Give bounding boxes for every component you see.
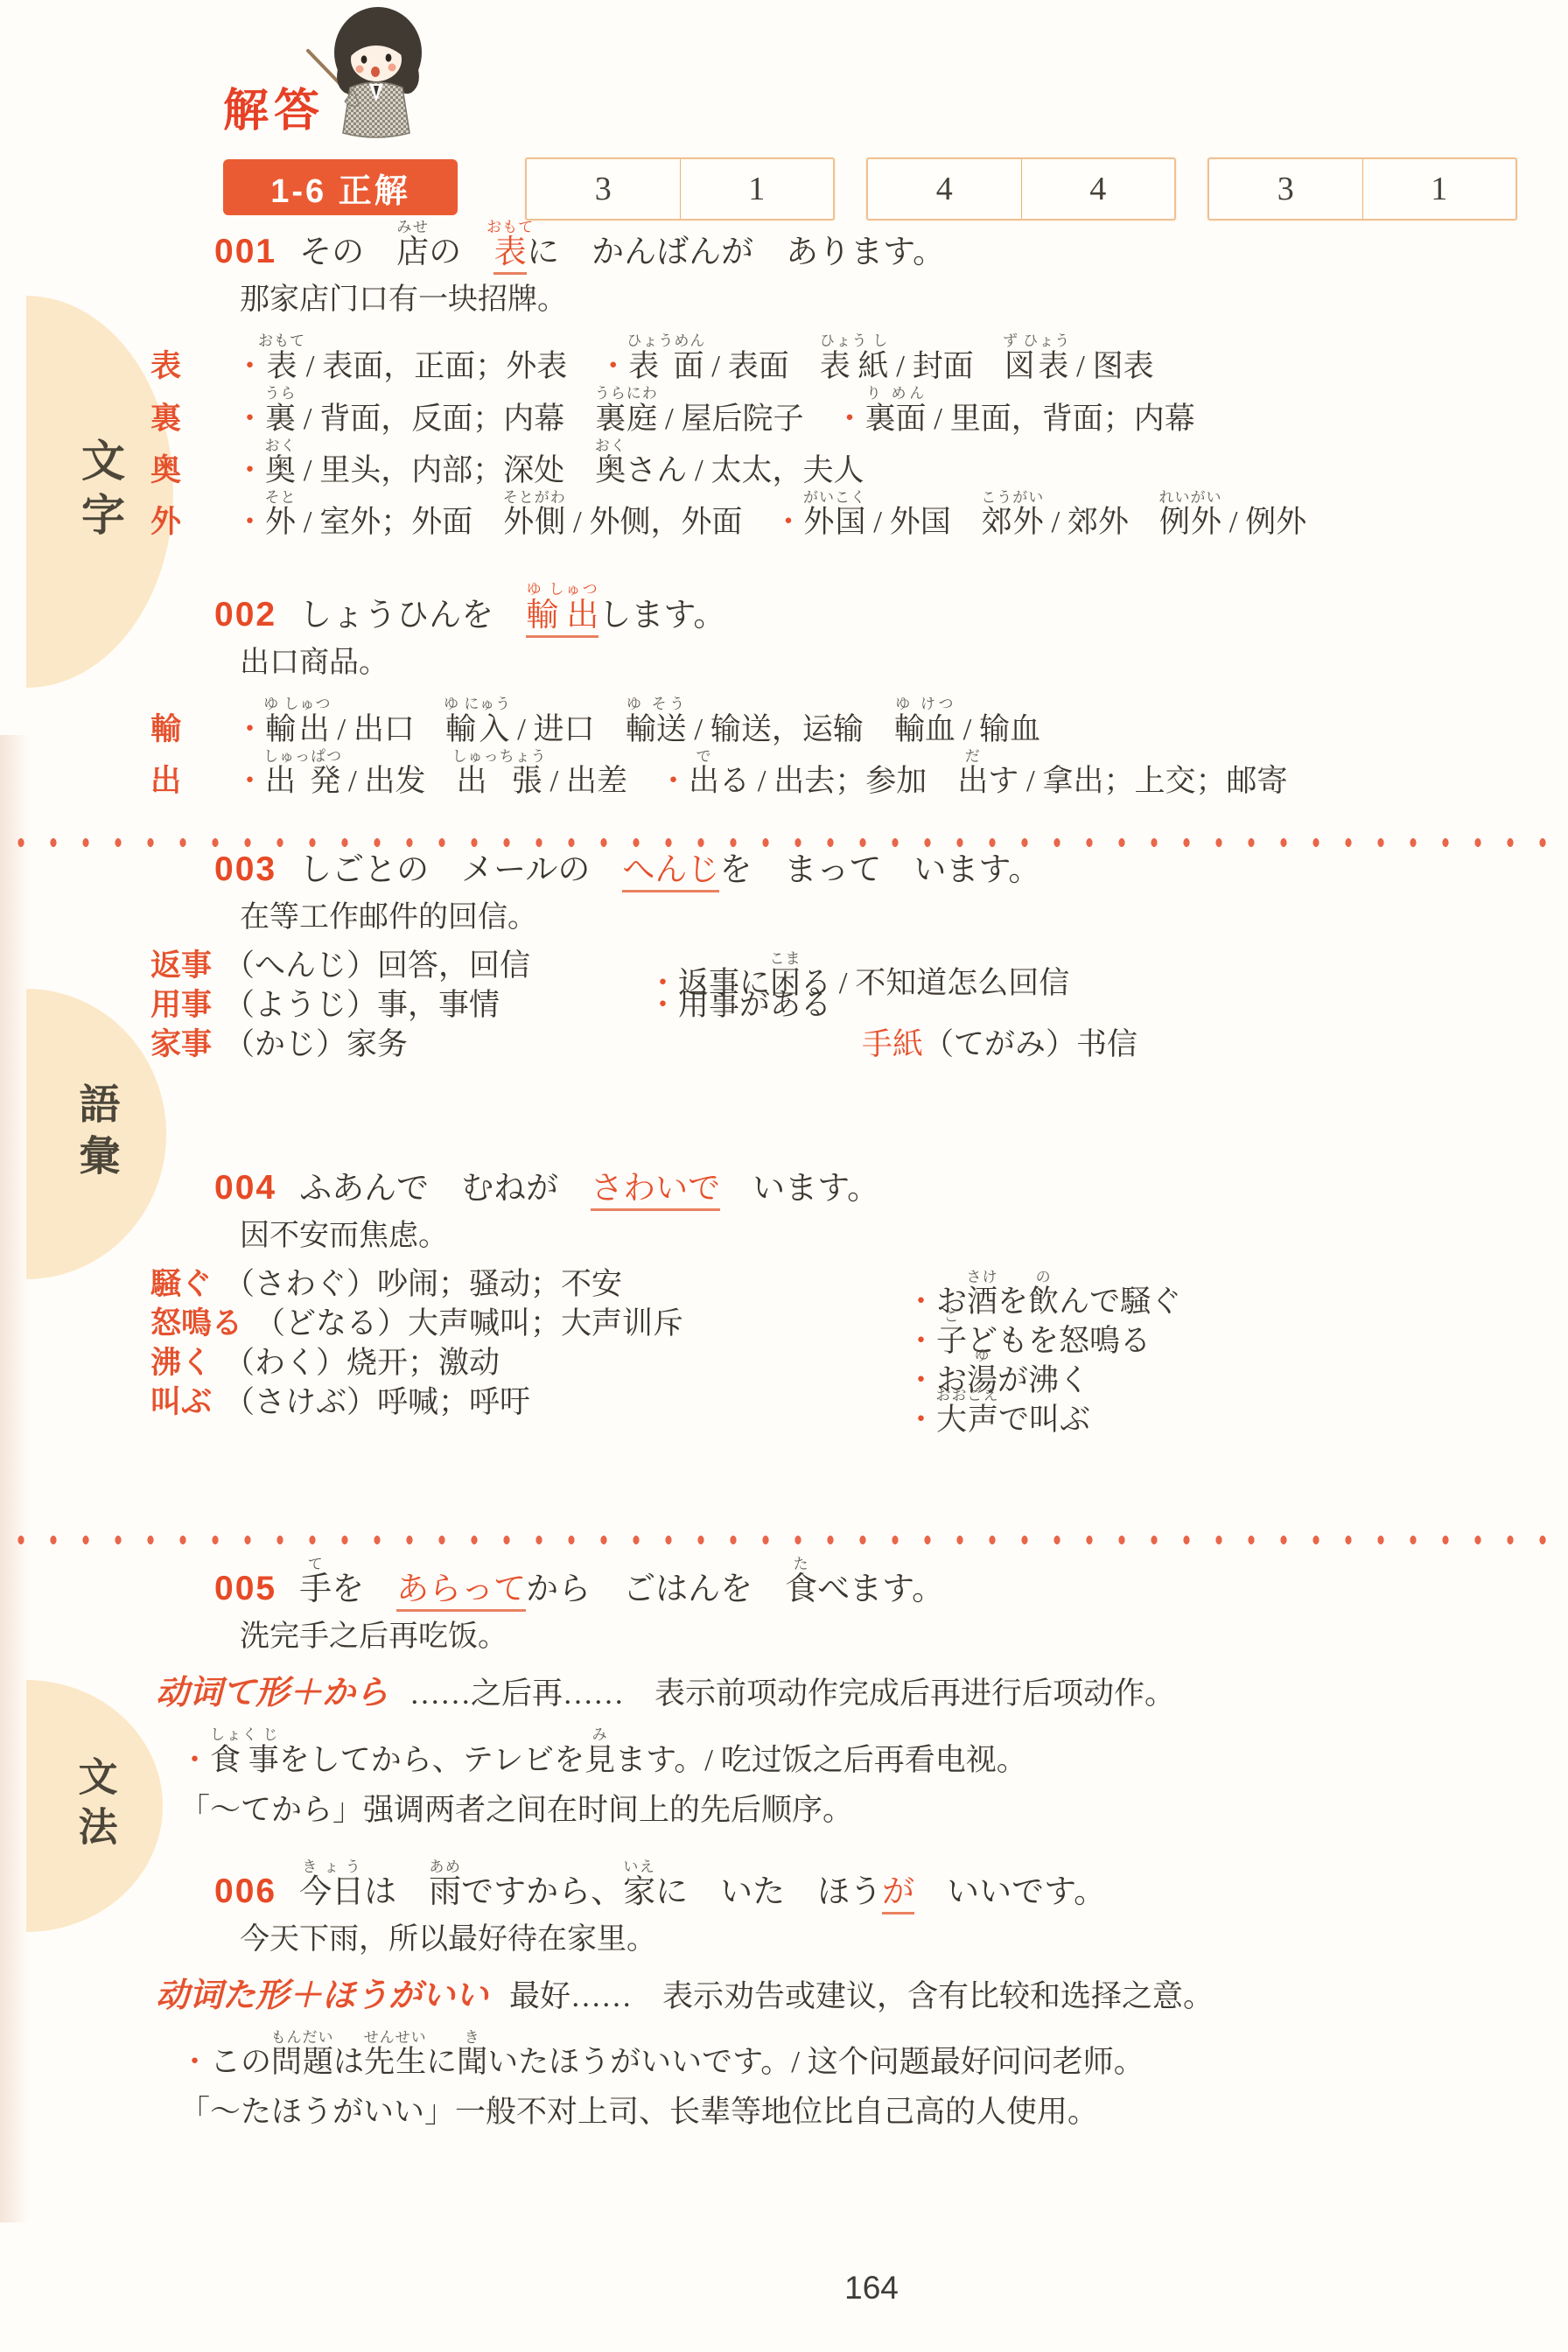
vocab-row: 奥・奥おく / 里头，内部；深处 奥おくさん / 太太，夫人 <box>0 437 1568 486</box>
vocab-headword: 返事 <box>150 948 212 983</box>
question-sentence: 006今日きょうは 雨あめですから、家いえに いた ほうが いいです。 <box>0 1858 1568 1912</box>
vocab-rows: 返事（へんじ）回答，回信・返事に困こまる / 不知道怎么回信用事（ようじ）事，事… <box>0 950 1568 1060</box>
vocab-definition: ・裏うら / 背面，反面；内幕 裏庭うらにわ / 屋后院子 ・裏面り めん / … <box>234 402 1195 436</box>
grammar-example: ・この問題もんだいは先生せんせいに聞きいたほうがいいです。/ 这个问题最好问问老… <box>0 2029 1568 2080</box>
question-sentence: 005手てを あらってから ごはんを 食たべます。 <box>0 1556 1568 1609</box>
vocab-headword: 外 <box>150 507 234 537</box>
grammar-example: 「～てから」强调两者之间在时间上的先后顺序。 <box>0 1793 1568 1828</box>
vocab-definition: （さわぐ）吵闹；骚动；不安 <box>224 1267 622 1301</box>
chinese-translation: 出口商品。 <box>240 646 1568 682</box>
vocab-row: 用事（ようじ）事，事情・用事がある <box>0 990 1568 1020</box>
section-005: 005手てを あらってから ごはんを 食たべます。洗完手之后再吃饭。动词て形＋か… <box>0 1556 1568 1828</box>
chinese-translation: 在等工作邮件的回信。 <box>240 900 1568 936</box>
vocab-row: 輸・輸出ゆ しゅつ / 出口 輸入ゆ にゅう / 进口 輸送ゆ そう / 输送，… <box>0 696 1568 745</box>
chinese-translation: 因不安而焦虑。 <box>240 1219 1568 1255</box>
vocab-definition: （わく）烧开；激动 <box>224 1346 500 1380</box>
question-number: 005 <box>214 1570 276 1607</box>
chinese-translation: 今天下雨，所以最好待在家里。 <box>240 1922 1568 1958</box>
vocab-headword: 家事 <box>150 1027 212 1061</box>
vocab-row: 返事（へんじ）回答，回信・返事に困こまる / 不知道怎么回信 <box>0 950 1568 981</box>
vocab-example: 手紙（てがみ）书信 <box>862 1029 1137 1060</box>
question-number: 001 <box>214 233 276 270</box>
vocab-row: 出・出 発しゅっぱつ / 出发 出 張しゅっちょう / 出差 ・出でる / 出去… <box>0 748 1568 796</box>
vocab-headword: 用事 <box>150 988 212 1022</box>
vocab-headword: 裏 <box>150 403 234 434</box>
vocab-row: 怒鳴る（どなる）大声喊叫；大声训斥・子こどもを怒鳴る <box>0 1308 1568 1339</box>
question-sentence: 002しょうひんを 輸 出ゆ しゅつします。 <box>0 581 1568 635</box>
answer-sections: 001その 店みせの 表おもてに かんばんが あります。那家店门口有一块招牌。表… <box>0 0 1568 2352</box>
vocab-headword: 怒鳴る <box>150 1306 242 1340</box>
grammar-example: 「～たほうがいい」一般不对上司、长辈等地位比自己高的人使用。 <box>0 2095 1568 2130</box>
grammar-example: ・食 事しょく じをしてから、テレビを見みます。/ 吃过饭之后再看电视。 <box>0 1726 1568 1778</box>
vocab-definition: （どなる）大声喊叫；大声训斥 <box>255 1306 683 1340</box>
vocab-row: 外・外そと / 室外；外面 外側そとがわ / 外侧，外面 ・外国がいこく / 外… <box>0 489 1568 537</box>
vocab-example: ・用事がある <box>647 990 831 1020</box>
vocab-row: 家事（かじ）家务手紙（てがみ）书信 <box>0 1029 1568 1060</box>
vocab-definition: ・外そと / 室外；外面 外側そとがわ / 外侧，外面 ・外国がいこく / 外国… <box>234 505 1306 539</box>
textbook-answer-page: 解答 1-6 正解 314431 文字 語彙 文法 001その 店み <box>0 0 1568 2352</box>
vocab-rows: 表・表おもて / 表面，正面；外表 ・表 面ひょうめん / 表面 表 紙ひょう … <box>0 332 1568 537</box>
vocab-example: ・大声おおごえで叫ぶ <box>906 1387 1090 1435</box>
grammar-pattern-label: 动词て形＋から <box>156 1675 388 1711</box>
vocab-headword: 出 <box>150 766 234 796</box>
vocab-definition: ・出 発しゅっぱつ / 出发 出 張しゅっちょう / 出差 ・出でる / 出去；… <box>234 764 1288 798</box>
vocab-definition: （さけぶ）呼喊；呼吁 <box>224 1385 530 1419</box>
vocab-headword: 輸 <box>150 714 234 745</box>
question-number: 003 <box>214 850 276 888</box>
question-number: 004 <box>214 1169 276 1207</box>
question-number: 006 <box>214 1872 276 1910</box>
section-006: 006今日きょうは 雨あめですから、家いえに いた ほうが いいです。今天下雨，… <box>0 1858 1568 2130</box>
vocab-headword: 叫ぶ <box>150 1385 212 1419</box>
vocab-headword: 表 <box>150 351 234 381</box>
vocab-definition: ・輸出ゆ しゅつ / 出口 輸入ゆ にゅう / 进口 輸送ゆ そう / 输送，运… <box>234 712 1040 746</box>
vocab-rows: 輸・輸出ゆ しゅつ / 出口 輸入ゆ にゅう / 进口 輸送ゆ そう / 输送，… <box>0 696 1568 796</box>
vocab-headword: 沸く <box>150 1346 212 1380</box>
vocab-headword: 騒ぐ <box>150 1267 212 1301</box>
section-001: 001その 店みせの 表おもてに かんばんが あります。那家店门口有一块招牌。表… <box>0 219 1568 537</box>
chinese-translation: 那家店门口有一块招牌。 <box>240 283 1568 318</box>
question-sentence: 003しごとの メールの へんじを まって います。 <box>0 850 1568 890</box>
grammar-pattern-meaning: 最好…… 表示劝告或建议，含有比较和选择之意。 <box>509 1979 1214 2013</box>
vocab-row: 叫ぶ（さけぶ）呼喊；呼吁・大声おおごえで叫ぶ <box>0 1387 1568 1417</box>
chinese-translation: 洗完手之后再吃饭。 <box>240 1620 1568 1655</box>
vocab-row: 騒ぐ（さわぐ）吵闹；骚动；不安・お酒さけを飲のんで騒ぐ <box>0 1269 1568 1299</box>
question-number: 002 <box>214 596 276 633</box>
vocab-definition: ・奥おく / 里头，内部；深处 奥おくさん / 太太，夫人 <box>234 453 864 487</box>
grammar-pattern-meaning: ……之后再…… 表示前项动作完成后再进行后项动作。 <box>409 1676 1175 1711</box>
grammar-pattern-line: 动词て形＋から……之后再…… 表示前项动作完成后再进行后项动作。 <box>0 1675 1568 1713</box>
vocab-definition: （かじ）家务 <box>224 1027 408 1061</box>
vocab-definition: （へんじ）回答，回信 <box>224 948 530 983</box>
vocab-row: 沸く（わく）烧开；激动・お湯ゆが沸く <box>0 1347 1568 1378</box>
question-sentence: 001その 店みせの 表おもてに かんばんが あります。 <box>0 219 1568 272</box>
vocab-definition: （ようじ）事，事情 <box>224 988 500 1022</box>
vocab-rows: 騒ぐ（さわぐ）吵闹；骚动；不安・お酒さけを飲のんで騒ぐ怒鳴る（どなる）大声喊叫；… <box>0 1269 1568 1417</box>
page-number: 164 <box>87 2270 1568 2306</box>
vocab-row: 表・表おもて / 表面，正面；外表 ・表 面ひょうめん / 表面 表 紙ひょう … <box>0 332 1568 381</box>
section-003: 003しごとの メールの へんじを まって います。在等工作邮件的回信。返事（へ… <box>0 850 1568 1060</box>
vocab-headword: 奥 <box>150 455 234 486</box>
vocab-definition: ・表おもて / 表面，正面；外表 ・表 面ひょうめん / 表面 表 紙ひょう し… <box>234 349 1154 383</box>
question-sentence: 004ふあんで むねが さわいで います。 <box>0 1169 1568 1208</box>
section-002: 002しょうひんを 輸 出ゆ しゅつします。出口商品。輸・輸出ゆ しゅつ / 出… <box>0 581 1568 796</box>
vocab-row: 裏・裏うら / 背面，反面；内幕 裏庭うらにわ / 屋后院子 ・裏面り めん /… <box>0 385 1568 434</box>
grammar-pattern-line: 动词た形＋ほうがいい最好…… 表示劝告或建议，含有比较和选择之意。 <box>0 1977 1568 2016</box>
grammar-pattern-label: 动词た形＋ほうがいい <box>156 1977 488 2014</box>
section-004: 004ふあんで むねが さわいで います。因不安而焦虑。騒ぐ（さわぐ）吵闹；骚动… <box>0 1169 1568 1417</box>
